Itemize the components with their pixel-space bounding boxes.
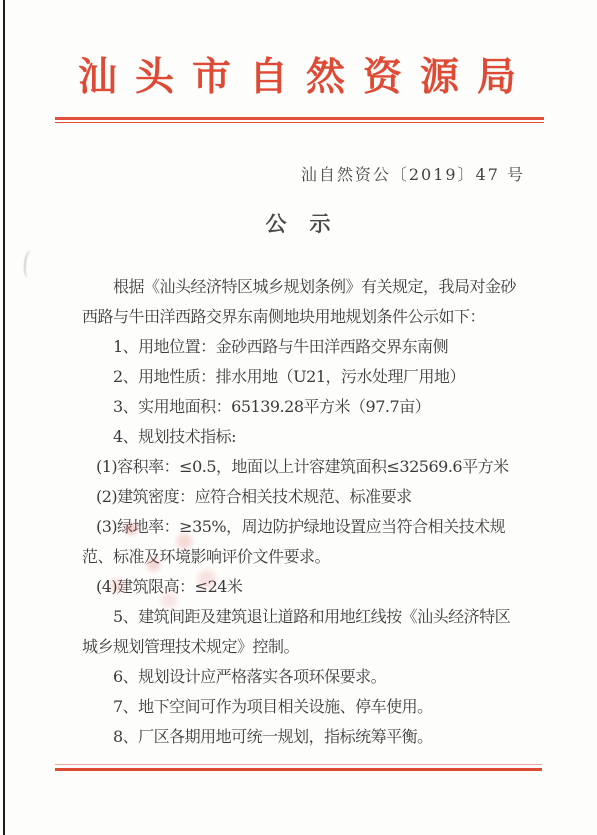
notice-title: 公 示 — [0, 208, 597, 238]
body-line: 5、建筑间距及建筑退让道路和用地红线按《汕头经济特区 — [82, 602, 542, 632]
letterhead-double-rule — [55, 117, 544, 123]
scanned-document-page: 汕头市自然资源局 汕自然资公〔2019〕47 号 公 示 根据《汕头经济特区城乡… — [0, 0, 597, 835]
body-line: 城乡规划管理技术规定》控制。 — [82, 632, 542, 662]
footer-double-rule — [55, 764, 542, 771]
body-line: 4、规划技术指标: — [82, 422, 542, 452]
body-line: 范、标准及环境影响评价文件要求。 — [82, 542, 542, 572]
body-line: 根据《汕头经济特区城乡规划条例》有关规定，我局对金砂 — [82, 272, 542, 302]
agency-letterhead-title: 汕头市自然资源局 — [78, 54, 534, 100]
body-line: (1)容积率：≤0.5，地面以上计容建筑面积≤32569.6平方米 — [82, 452, 542, 482]
body-line: (4)建筑限高：≤24米 — [82, 572, 542, 602]
body-line: 8、厂区各期用地可统一规划，指标统筹平衡。 — [82, 722, 542, 752]
notice-body: 根据《汕头经济特区城乡规划条例》有关规定，我局对金砂 西路与牛田洋西路交界东南侧… — [82, 272, 542, 752]
body-line: 3、实用地面积：65139.28平方米（97.7亩） — [82, 392, 542, 422]
body-line: 1、用地位置：金砂西路与牛田洋西路交界东南侧 — [82, 332, 542, 362]
body-line: (3)绿地率：≥35%，周边防护绿地设置应当符合相关技术规 — [82, 512, 542, 542]
scan-artifact-mark — [22, 250, 34, 279]
body-line: 6、规划设计应严格落实各项环保要求。 — [82, 662, 542, 692]
body-line: 7、地下空间可作为项目相关设施、停车使用。 — [82, 692, 542, 722]
scan-edge-line — [3, 0, 5, 835]
body-line: 西路与牛田洋西路交界东南侧地块用地规划条件公示如下： — [82, 302, 542, 332]
body-line: (2)建筑密度：应符合相关技术规范、标准要求 — [82, 482, 542, 512]
document-reference-number: 汕自然资公〔2019〕47 号 — [301, 162, 525, 185]
body-line: 2、用地性质：排水用地（U21，污水处理厂用地） — [82, 362, 542, 392]
